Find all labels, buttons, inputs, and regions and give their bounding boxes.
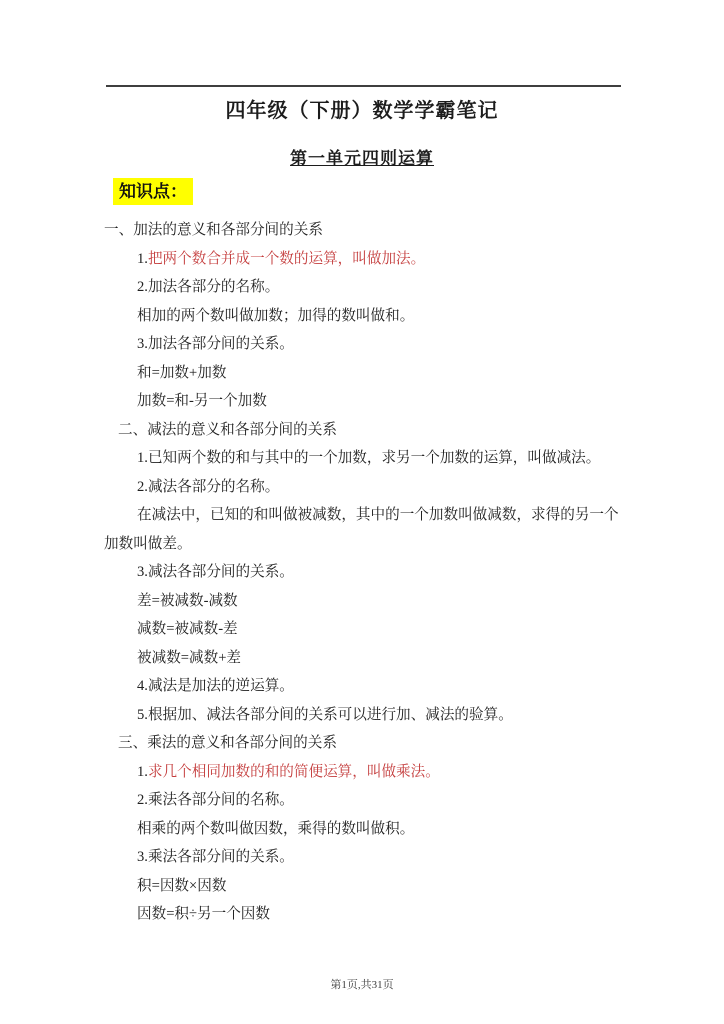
text-line: 2.加法各部分的名称。	[137, 273, 624, 302]
text-line: 1.把两个数合并成一个数的运算，叫做加法。	[137, 245, 624, 274]
document-page: 四年级（下册）数学学霸笔记 第一单元四则运算 知识点： 一、加法的意义和各部分间…	[0, 0, 724, 1024]
text-line: 相加的两个数叫做加数；加得的数叫做和。	[137, 302, 624, 331]
text-line: 差=被减数-减数	[137, 587, 624, 616]
text-line: 相乘的两个数叫做因数，乘得的数叫做积。	[137, 815, 624, 844]
line-text: 和=加数+加数	[137, 365, 226, 381]
header-rule	[106, 85, 621, 87]
line-text: 4.减法是加法的逆运算。	[137, 678, 294, 694]
line-text: 三、乘法的意义和各部分间的关系	[118, 735, 337, 751]
text-line: 三、乘法的意义和各部分间的关系	[118, 729, 624, 758]
line-text: 3.加法各部分间的关系。	[137, 336, 294, 352]
page-number: 第1页,共31页	[0, 976, 724, 992]
text-line: 加数=和-另一个加数	[137, 387, 624, 416]
document-title: 四年级（下册）数学学霸笔记	[0, 94, 724, 123]
line-text: 3.乘法各部分间的关系。	[137, 849, 294, 865]
text-line: 1.求几个相同加数的和的简便运算，叫做乘法。	[137, 758, 624, 787]
text-line: 3.加法各部分间的关系。	[137, 330, 624, 359]
line-text: 5.根据加、减法各部分间的关系可以进行加、减法的验算。	[137, 707, 513, 723]
text-line: 和=加数+加数	[137, 359, 624, 388]
line-text: 1.已知两个数的和与其中的一个加数，求另一个加数的运算，叫做减法。	[137, 450, 600, 466]
text-line: 加数叫做差。	[104, 530, 624, 559]
line-text: 把两个数合并成一个数的运算，叫做加法。	[148, 251, 425, 267]
text-line: 3.乘法各部分间的关系。	[137, 843, 624, 872]
line-text: 积=因数×因数	[137, 878, 226, 894]
line-number-prefix: 1.	[137, 764, 148, 780]
text-line: 1.已知两个数的和与其中的一个加数，求另一个加数的运算，叫做减法。	[137, 444, 624, 473]
unit-title: 第一单元四则运算	[0, 144, 724, 169]
text-line: 积=因数×因数	[137, 872, 624, 901]
line-text: 相加的两个数叫做加数；加得的数叫做和。	[137, 308, 414, 324]
line-text: 加数叫做差。	[104, 536, 192, 552]
line-text: 求几个相同加数的和的简便运算，叫做乘法。	[148, 764, 440, 780]
line-text: 二、减法的意义和各部分间的关系	[118, 422, 337, 438]
knowledge-points-label: 知识点：	[113, 178, 193, 205]
line-number-prefix: 1.	[137, 251, 148, 267]
line-text: 一、加法的意义和各部分间的关系	[104, 222, 323, 238]
line-text: 2.减法各部分的名称。	[137, 479, 279, 495]
text-line: 减数=被减数-差	[137, 615, 624, 644]
line-text: 因数=积÷另一个因数	[137, 906, 270, 922]
text-line: 被减数=减数+差	[137, 644, 624, 673]
line-text: 2.加法各部分的名称。	[137, 279, 279, 295]
text-line: 2.减法各部分的名称。	[137, 473, 624, 502]
text-line: 3.减法各部分间的关系。	[137, 558, 624, 587]
line-text: 在减法中，已知的和叫做被减数，其中的一个加数叫做减数，求得的另一个	[137, 507, 619, 523]
text-line: 因数=积÷另一个因数	[137, 900, 624, 929]
text-line: 2.乘法各部分间的名称。	[137, 786, 624, 815]
text-line: 在减法中，已知的和叫做被减数，其中的一个加数叫做减数，求得的另一个	[137, 501, 624, 530]
text-line: 5.根据加、减法各部分间的关系可以进行加、减法的验算。	[137, 701, 624, 730]
text-line: 一、加法的意义和各部分间的关系	[104, 216, 624, 245]
text-line: 4.减法是加法的逆运算。	[137, 672, 624, 701]
line-text: 3.减法各部分间的关系。	[137, 564, 294, 580]
line-text: 2.乘法各部分间的名称。	[137, 792, 294, 808]
line-text: 加数=和-另一个加数	[137, 393, 267, 409]
line-text: 相乘的两个数叫做因数，乘得的数叫做积。	[137, 821, 414, 837]
text-line: 二、减法的意义和各部分间的关系	[118, 416, 624, 445]
notes-content: 一、加法的意义和各部分间的关系 1.把两个数合并成一个数的运算，叫做加法。 2.…	[104, 216, 624, 929]
line-text: 被减数=减数+差	[137, 650, 241, 666]
line-text: 差=被减数-减数	[137, 593, 238, 609]
line-text: 减数=被减数-差	[137, 621, 238, 637]
